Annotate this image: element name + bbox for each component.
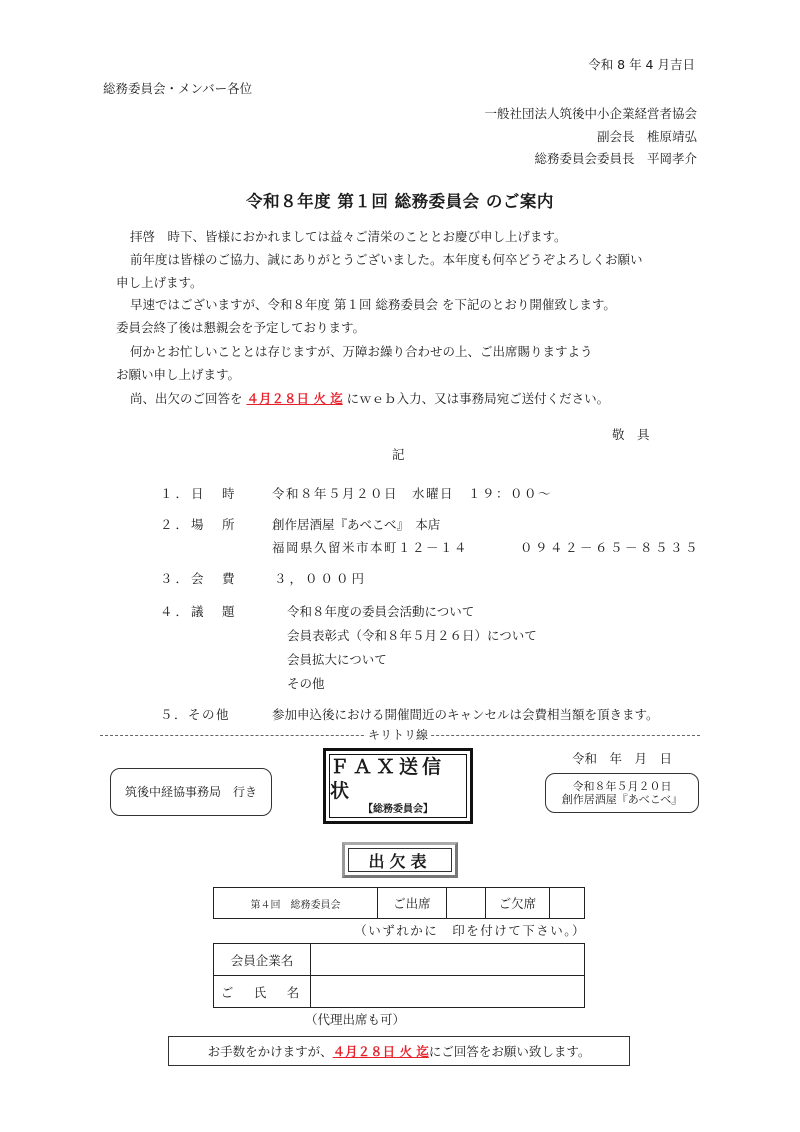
reply-suffix: にｗｅｂ入力、又は事務局宛ご送付ください。 <box>343 391 609 406</box>
body-line-party: 委員会終了後は懇親会を予定しております。 <box>116 320 365 336</box>
body-line-greeting: 拝啓 時下、皆様におかれましては益々ご清栄のこととお慶び申し上げます。 <box>130 229 567 245</box>
recipient-box: 筑後中経協事務局 行き <box>110 768 272 816</box>
event-date: 令和８年５月２０日 <box>573 780 672 793</box>
sender-vice-chair: 副会長 椎原靖弘 <box>597 129 697 145</box>
meeting-name-cell: 第４回 総務委員会 <box>214 888 378 919</box>
mark-instruction: （いずれかに 印を付けて下さい。） <box>354 923 586 939</box>
body-line-thanks-cont: 申し上げます。 <box>116 275 203 291</box>
detail-label-fee: ３．会 費 <box>160 571 238 587</box>
proxy-note: （代理出席も可） <box>305 1012 405 1028</box>
detail-value-datetime: 令和８年５月２０日 水曜日 １９：００～ <box>272 486 552 502</box>
closing-keigu: 敬 具 <box>612 427 650 443</box>
page-title: 令和８年度 第１回 総務委員会 のご案内 <box>0 188 800 212</box>
fax-subtitle: 【総務委員会】 <box>363 803 433 817</box>
addressee: 総務委員会・メンバー各位 <box>103 81 252 97</box>
detail-value-address: 福岡県久留米市本町１２－１４ <box>272 540 468 556</box>
detail-value-fee: ３，０００円 <box>274 571 367 587</box>
attend-mark-cell[interactable] <box>446 888 485 919</box>
footer-suffix: にご回答をお願い致します。 <box>429 1042 591 1060</box>
footer-prefix: お手数をかけますが、 <box>208 1042 333 1060</box>
body-line-request-cont: お願い申し上げます。 <box>116 367 240 383</box>
name-label-cell: ご 氏 名 <box>214 976 311 1008</box>
recipient-text: 筑後中経協事務局 行き <box>125 784 257 800</box>
body-line-announce: 早速ではございますが、令和８年度 第１回 総務委員会 を下記のとおり開催致します… <box>130 297 616 313</box>
document-date: 令和 8 年 4 月吉日 <box>588 57 695 73</box>
detail-label-place: ２．場 所 <box>160 517 238 533</box>
reply-deadline: ４月２８日 火 迄 <box>246 391 342 406</box>
company-input-cell[interactable] <box>311 944 585 976</box>
agenda-item-4: その他 <box>287 676 325 692</box>
attend-label-cell: ご出席 <box>378 888 447 919</box>
absent-label-cell: ご欠席 <box>485 888 550 919</box>
attendance-heading-box: 出欠表 <box>342 842 458 878</box>
detail-value-cancellation: 参加申込後における開催間近のキャンセルは会費相当額を頂きます。 <box>272 707 659 723</box>
fax-title-box: ＦＡＸ送信状 【総務委員会】 <box>323 748 473 824</box>
footer-deadline: ４月２８日 火 迄 <box>333 1042 429 1060</box>
attendance-heading: 出欠表 <box>348 848 452 872</box>
cut-line-label: キリトリ線 <box>366 727 430 743</box>
absent-mark-cell[interactable] <box>550 888 585 919</box>
agenda-item-3: 会員拡大について <box>287 652 387 668</box>
member-info-table: 会員企業名 ご 氏 名 <box>213 943 585 1008</box>
agenda-item-2: 会員表彰式（令和８年５月２６日）について <box>287 628 537 644</box>
detail-label-other: ５．その他 <box>160 707 230 723</box>
company-label-cell: 会員企業名 <box>214 944 311 976</box>
fax-date-blank: 令和 年 月 日 <box>572 751 672 767</box>
event-venue: 創作居酒屋『あべこべ』 <box>562 793 683 806</box>
detail-value-phone: ０９４２－６５－８５３５ <box>520 540 700 556</box>
body-line-reply: 尚、出欠のご回答を ４月２８日 火 迄 にｗｅｂ入力、又は事務局宛ご送付ください… <box>130 391 609 407</box>
detail-label-agenda: ４．議 題 <box>160 604 238 620</box>
body-line-request: 何かとお忙しいこととは存じますが、万障お繰り合わせの上、ご出席賜りますよう <box>130 344 593 360</box>
fax-title: ＦＡＸ送信状 <box>330 755 466 803</box>
name-input-cell[interactable] <box>311 976 585 1008</box>
detail-label-datetime: １．日 時 <box>160 486 238 502</box>
sender-organization: 一般社団法人筑後中小企業経営者協会 <box>484 106 697 122</box>
reply-prefix: 尚、出欠のご回答を <box>130 391 246 406</box>
footer-note-box: お手数をかけますが、４月２８日 火 迄にご回答をお願い致します。 <box>168 1036 630 1066</box>
event-info-box: 令和８年５月２０日 創作居酒屋『あべこべ』 <box>545 773 699 813</box>
attendance-table: 第４回 総務委員会 ご出席 ご欠席 <box>213 887 585 919</box>
agenda-item-1: 令和８年度の委員会活動について <box>287 604 474 620</box>
sender-committee-chair: 総務委員会委員長 平岡孝介 <box>534 151 697 167</box>
ki-marker: 記 <box>392 447 405 463</box>
detail-value-venue: 創作居酒屋『あべこべ』 本店 <box>272 517 440 533</box>
body-line-thanks: 前年度は皆様のご協力、誠にありがとうございました。本年度も何卒どうぞよろしくお願… <box>130 252 643 268</box>
